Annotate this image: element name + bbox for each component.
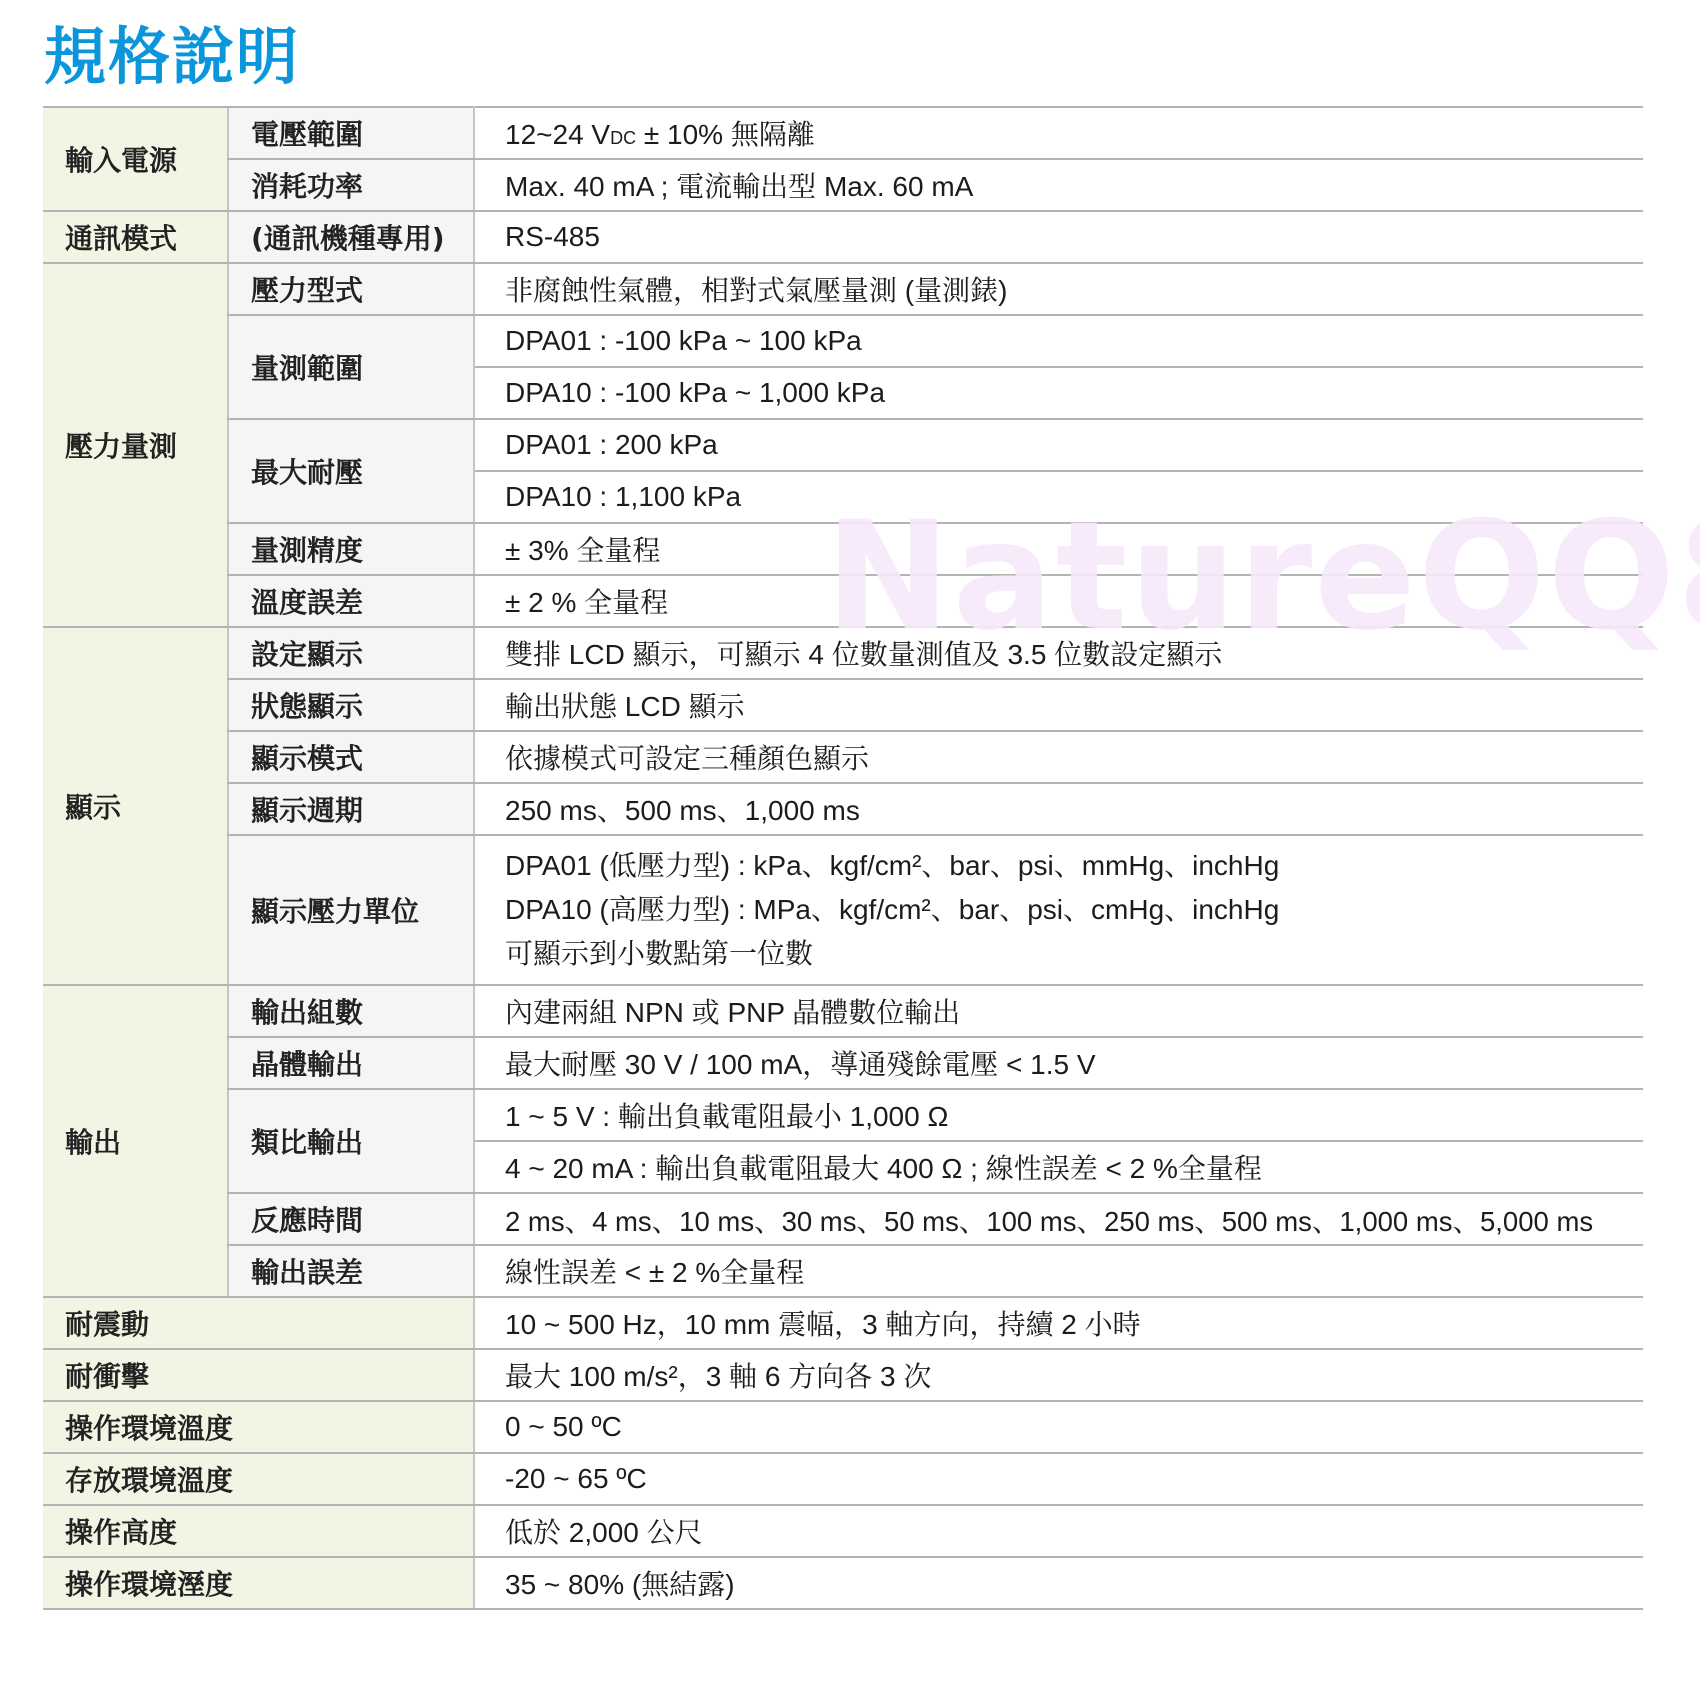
- value-range-dpa01: DPA01 : -100 kPa ~ 100 kPa: [474, 315, 1643, 367]
- category-humidity: 操作環境溼度: [43, 1557, 474, 1609]
- value-pressure-type: 非腐蝕性氣體，相對式氣壓量測 (量測錶): [474, 263, 1643, 315]
- value-altitude: 低於 2,000 公尺: [474, 1505, 1643, 1557]
- table-row: 狀態顯示 輸出狀態 LCD 顯示: [43, 679, 1643, 731]
- value-display-status: 輸出狀態 LCD 顯示: [474, 679, 1643, 731]
- table-row: 操作環境溼度 35 ~ 80% (無結露): [43, 1557, 1643, 1609]
- table-row: 量測範圍 DPA01 : -100 kPa ~ 100 kPa: [43, 315, 1643, 367]
- value-display-mode: 依據模式可設定三種顏色顯示: [474, 731, 1643, 783]
- value-output-groups: 內建兩組 NPN 或 PNP 晶體數位輸出: [474, 985, 1643, 1037]
- label-output-error: 輸出誤差: [228, 1245, 474, 1297]
- value-max-dpa10: DPA10 : 1,100 kPa: [474, 471, 1643, 523]
- table-row: 反應時間 2 ms、4 ms、10 ms、30 ms、50 ms、100 ms、…: [43, 1193, 1643, 1245]
- label-max-pressure: 最大耐壓: [228, 419, 474, 523]
- category-pressure: 壓力量測: [43, 263, 228, 627]
- table-row: 顯示週期 250 ms、500 ms、1,000 ms: [43, 783, 1643, 835]
- table-row: 通訊模式 (通訊機種專用) RS-485: [43, 211, 1643, 263]
- table-row: 溫度誤差 ± 2 % 全量程: [43, 575, 1643, 627]
- table-row: 顯示壓力單位 DPA01 (低壓力型) : kPa、kgf/cm²、bar、ps…: [43, 835, 1643, 985]
- value-analog-voltage: 1 ~ 5 V : 輸出負載電阻最小 1,000 Ω: [474, 1089, 1643, 1141]
- category-output: 輸出: [43, 985, 228, 1297]
- value-vibration: 10 ~ 500 Hz，10 mm 震幅，3 軸方向，持續 2 小時: [474, 1297, 1643, 1349]
- label-response: 反應時間: [228, 1193, 474, 1245]
- value-transistor: 最大耐壓 30 V / 100 mA，導通殘餘電壓 < 1.5 V: [474, 1037, 1643, 1089]
- category-shock: 耐衝擊: [43, 1349, 474, 1401]
- table-row: 輸入電源 電壓範圍 12~24 VDC ± 10% 無隔離: [43, 107, 1643, 159]
- label-pressure-type: 壓力型式: [228, 263, 474, 315]
- value-shock: 最大 100 m/s²，3 軸 6 方向各 3 次: [474, 1349, 1643, 1401]
- label-display-period: 顯示週期: [228, 783, 474, 835]
- category-op-temp: 操作環境溫度: [43, 1401, 474, 1453]
- value-voltage: 12~24 VDC ± 10% 無隔離: [474, 107, 1643, 159]
- spec-table: 輸入電源 電壓範圍 12~24 VDC ± 10% 無隔離 消耗功率 Max. …: [43, 106, 1643, 1610]
- value-comm: RS-485: [474, 211, 1643, 263]
- table-row: 耐衝擊 最大 100 m/s²，3 軸 6 方向各 3 次: [43, 1349, 1643, 1401]
- label-comm: (通訊機種專用): [228, 211, 474, 263]
- table-row: 類比輸出 1 ~ 5 V : 輸出負載電阻最小 1,000 Ω: [43, 1089, 1643, 1141]
- label-temp-error: 溫度誤差: [228, 575, 474, 627]
- value-response: 2 ms、4 ms、10 ms、30 ms、50 ms、100 ms、250 m…: [474, 1193, 1643, 1245]
- value-accuracy: ± 3% 全量程: [474, 523, 1643, 575]
- table-row: 晶體輸出 最大耐壓 30 V / 100 mA，導通殘餘電壓 < 1.5 V: [43, 1037, 1643, 1089]
- value-range-dpa10: DPA10 : -100 kPa ~ 1,000 kPa: [474, 367, 1643, 419]
- label-consumption: 消耗功率: [228, 159, 474, 211]
- table-row: 顯示 設定顯示 雙排 LCD 顯示，可顯示 4 位數量測值及 3.5 位數設定顯…: [43, 627, 1643, 679]
- units-dpa01: DPA01 (低壓力型) : kPa、kgf/cm²、bar、psi、mmHg、…: [505, 844, 1643, 888]
- table-row: 顯示模式 依據模式可設定三種顏色顯示: [43, 731, 1643, 783]
- value-humidity: 35 ~ 80% (無結露): [474, 1557, 1643, 1609]
- table-row: 輸出誤差 線性誤差 < ± 2 %全量程: [43, 1245, 1643, 1297]
- value-display-units: DPA01 (低壓力型) : kPa、kgf/cm²、bar、psi、mmHg、…: [474, 835, 1643, 985]
- table-row: 操作高度 低於 2,000 公尺: [43, 1505, 1643, 1557]
- table-row: 存放環境溫度 -20 ~ 65 ºC: [43, 1453, 1643, 1505]
- label-display-status: 狀態顯示: [228, 679, 474, 731]
- value-storage-temp: -20 ~ 65 ºC: [474, 1453, 1643, 1505]
- table-row: 操作環境溫度 0 ~ 50 ºC: [43, 1401, 1643, 1453]
- units-dpa10: DPA10 (高壓力型) : MPa、kgf/cm²、bar、psi、cmHg、…: [505, 888, 1643, 932]
- table-row: 耐震動 10 ~ 500 Hz，10 mm 震幅，3 軸方向，持續 2 小時: [43, 1297, 1643, 1349]
- label-voltage: 電壓範圍: [228, 107, 474, 159]
- label-analog: 類比輸出: [228, 1089, 474, 1193]
- category-storage-temp: 存放環境溫度: [43, 1453, 474, 1505]
- label-output-groups: 輸出組數: [228, 985, 474, 1037]
- table-row: 消耗功率 Max. 40 mA ; 電流輸出型 Max. 60 mA: [43, 159, 1643, 211]
- label-display-units: 顯示壓力單位: [228, 835, 474, 985]
- category-comm: 通訊模式: [43, 211, 228, 263]
- table-row: 壓力量測 壓力型式 非腐蝕性氣體，相對式氣壓量測 (量測錶): [43, 263, 1643, 315]
- value-display-period: 250 ms、500 ms、1,000 ms: [474, 783, 1643, 835]
- value-consumption: Max. 40 mA ; 電流輸出型 Max. 60 mA: [474, 159, 1643, 211]
- label-display-mode: 顯示模式: [228, 731, 474, 783]
- value-temp-error: ± 2 % 全量程: [474, 575, 1643, 627]
- table-row: 量測精度 ± 3% 全量程: [43, 523, 1643, 575]
- label-display-setting: 設定顯示: [228, 627, 474, 679]
- value-op-temp: 0 ~ 50 ºC: [474, 1401, 1643, 1453]
- label-transistor: 晶體輸出: [228, 1037, 474, 1089]
- value-max-dpa01: DPA01 : 200 kPa: [474, 419, 1643, 471]
- table-row: 最大耐壓 DPA01 : 200 kPa: [43, 419, 1643, 471]
- category-power: 輸入電源: [43, 107, 228, 211]
- units-decimal: 可顯示到小數點第一位數: [505, 932, 1643, 976]
- value-display-setting: 雙排 LCD 顯示，可顯示 4 位數量測值及 3.5 位數設定顯示: [474, 627, 1643, 679]
- category-vibration: 耐震動: [43, 1297, 474, 1349]
- table-row: 輸出 輸出組數 內建兩組 NPN 或 PNP 晶體數位輸出: [43, 985, 1643, 1037]
- label-range: 量測範圍: [228, 315, 474, 419]
- category-altitude: 操作高度: [43, 1505, 474, 1557]
- value-output-error: 線性誤差 < ± 2 %全量程: [474, 1245, 1643, 1297]
- value-analog-current: 4 ~ 20 mA : 輸出負載電阻最大 400 Ω ; 線性誤差 < 2 %全…: [474, 1141, 1643, 1193]
- label-accuracy: 量測精度: [228, 523, 474, 575]
- page-title: 規格說明: [44, 18, 300, 96]
- category-display: 顯示: [43, 627, 228, 985]
